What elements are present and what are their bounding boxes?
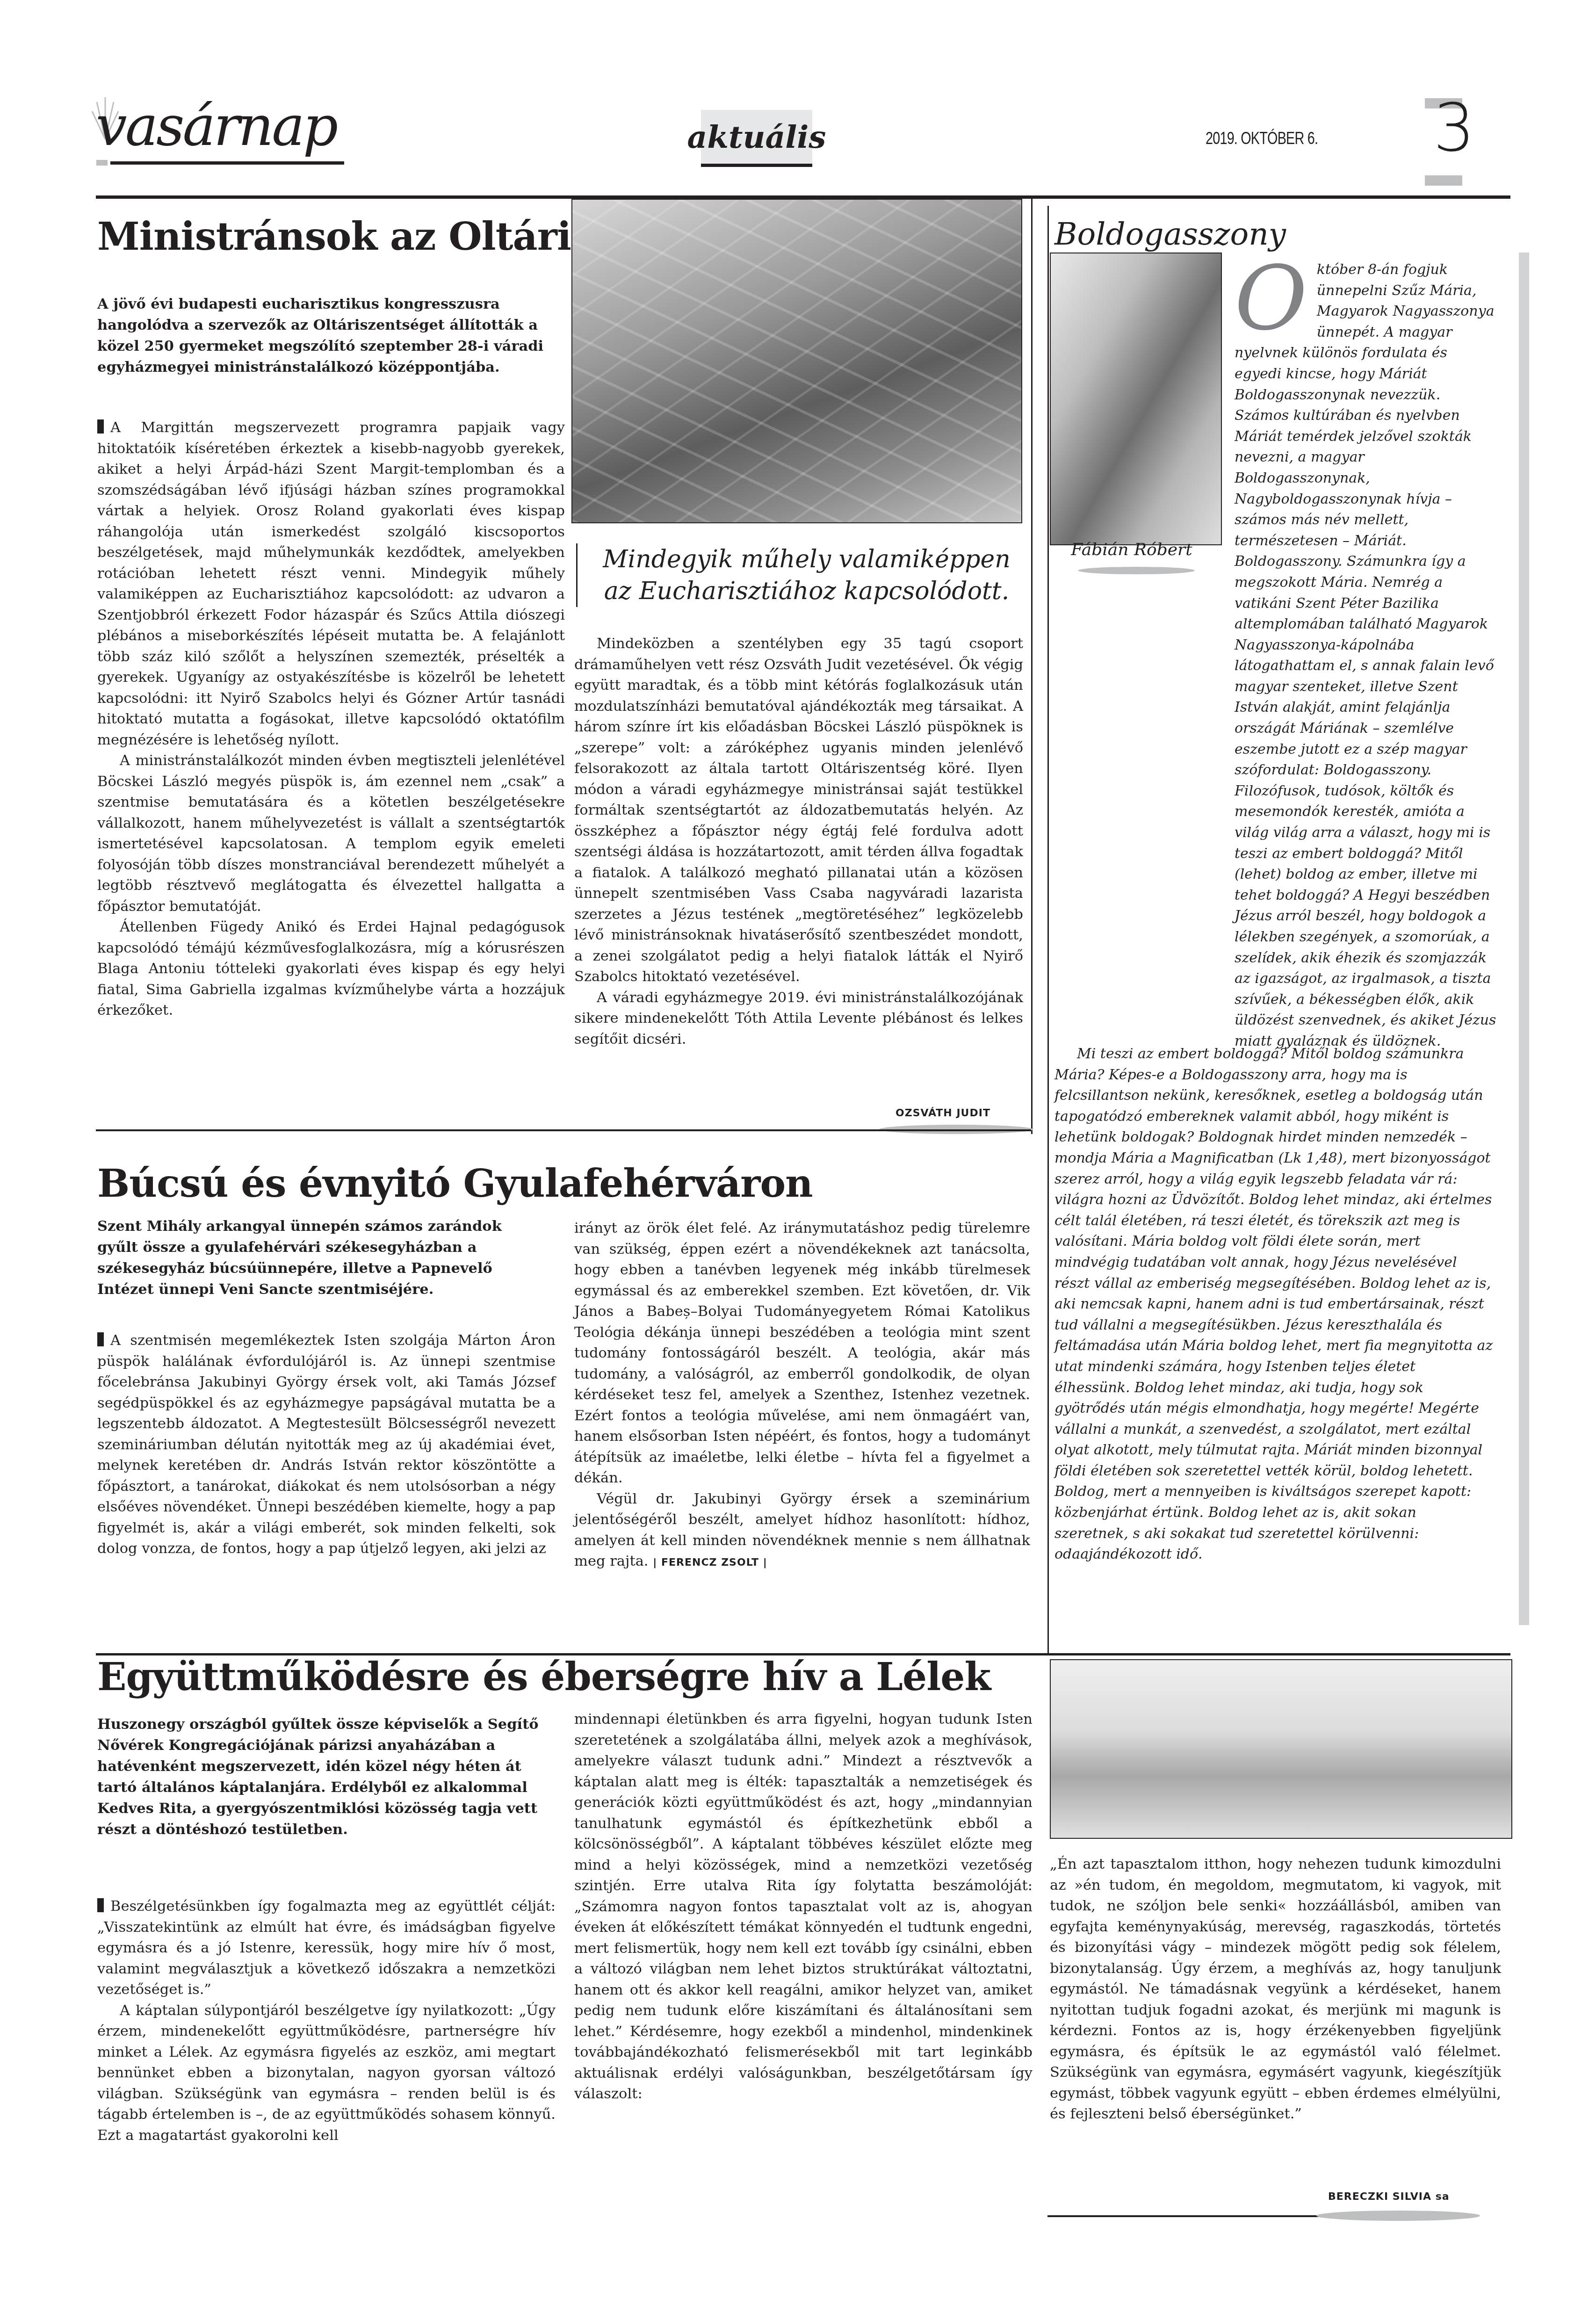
logo-accent-square [96, 160, 108, 166]
page-number: 3 [1433, 96, 1475, 161]
byline-ellipse [1316, 2211, 1480, 2221]
article1-para: A váradi egyházmegye 2019. évi ministrán… [574, 988, 1023, 1050]
article2-lead: Szent Mihály arkangyal ünnepén számos za… [97, 1216, 546, 1300]
author-portrait-photo [1050, 253, 1222, 545]
column-paragraph-2: Mi teszi az embert boldoggá? Mitől boldo… [1054, 1044, 1494, 1565]
article3-column2: mindennapi életünkben és arra figyelni, … [574, 1709, 1033, 2105]
article1-para: A Margittán megszervezett programra papj… [97, 418, 565, 751]
article3-byline: BERECZKI SILVIA sa [1328, 2191, 1450, 2203]
article1-para: Mindeközben a szentélyben egy 35 tagú cs… [574, 634, 1023, 988]
newspaper-logo[interactable]: vasárnap [96, 98, 336, 153]
article2-para: irányt az örök élet felé. Az iránymutatá… [574, 1218, 1030, 1489]
page-number-bar-bottom [1425, 175, 1462, 186]
section-label-box[interactable]: aktuális [701, 110, 812, 167]
issue-date: 2019. OKTÓBER 6. [1206, 129, 1318, 148]
masthead-divider [96, 195, 1510, 199]
article2-para: Végül dr. Jakubinyi György érsek a szemi… [574, 1489, 1030, 1574]
article3-column3: „Én azt tapasztalom itthon, hogy nehezen… [1050, 1854, 1501, 2125]
article3-para: A káptalan súlypontjáról beszélgetve így… [97, 2001, 556, 2147]
article1-para: A ministránstalálkozót minden évben megt… [97, 751, 565, 917]
author-ellipse [1078, 567, 1195, 574]
article1-column1: A Margittán megszervezett programra papj… [97, 418, 565, 1021]
paragraph-marker-icon [97, 419, 104, 434]
article3-para: „Én azt tapasztalom itthon, hogy nehezen… [1050, 1854, 1501, 2125]
article3-para: mindennapi életünkben és arra figyelni, … [574, 1709, 1033, 2105]
paragraph-marker-icon [97, 1898, 104, 1912]
article3-photo [1050, 1659, 1512, 1839]
section-label: aktuális [687, 119, 826, 155]
article3-headline[interactable]: Együttműködésre és éberségre hív a Lélek [97, 1658, 1009, 1696]
article3-lead: Huszonegy országból gyűltek össze képvis… [97, 1714, 546, 1840]
article1-bottom-rule [96, 1129, 1031, 1131]
article2-headline-wrap: Búcsú és évnyitó Gyulafehérváron [97, 1164, 1009, 1203]
author-name: Fábián Róbert [1062, 540, 1202, 559]
column-left-divider [1047, 206, 1049, 1655]
column-divider [1031, 199, 1033, 1134]
article2-para: A szentmisén megemlékeztek Isten szolgáj… [97, 1330, 556, 1560]
dropcap-letter: O [1235, 263, 1307, 333]
article1-pullquote: Mindegyik műhely valamiképpen az Euchari… [576, 543, 1022, 607]
article1-column2: Mindeközben a szentélyben egy 35 tagú cs… [574, 634, 1023, 1050]
article2-byline: | FERENCZ ZSOLT | [653, 1557, 767, 1568]
article2-column1: A szentmisén megemlékeztek Isten szolgáj… [97, 1330, 556, 1560]
article1-lead: A jövő évi budapesti eucharisztikus kong… [97, 294, 546, 378]
paragraph-marker-icon [97, 1332, 104, 1346]
article1-byline: OZSVÁTH JUDIT [895, 1107, 990, 1119]
column-intro: Október 8-án fogjuk ünnepelni Szűz Mária… [1235, 260, 1496, 1052]
article1-photo [571, 199, 1022, 523]
article2-headline[interactable]: Búcsú és évnyitó Gyulafehérváron [97, 1164, 1009, 1203]
article3-column1: Beszélgetésünkben így fogalmazta meg az … [97, 1896, 556, 2146]
article3-headline-wrap: Együttműködésre és éberségre hív a Lélek [97, 1658, 1009, 1696]
article3-para: Beszélgetésünkben így fogalmazta meg az … [97, 1896, 556, 2001]
article2-column2: irányt az örök élet felé. Az iránymutatá… [574, 1218, 1030, 1574]
logo-underline [110, 161, 344, 165]
article1-para: Átellenben Fügedy Anikó és Erdei Hajnal … [97, 917, 565, 1021]
